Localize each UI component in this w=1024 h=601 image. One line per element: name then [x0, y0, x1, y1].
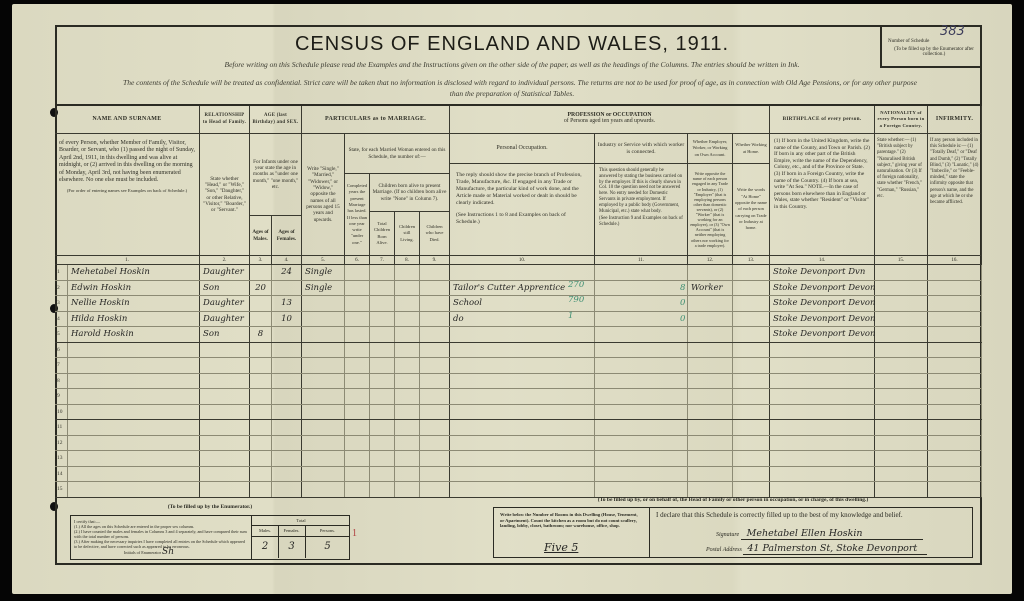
empty-cell	[420, 451, 450, 466]
rooms-value: Five 5	[544, 541, 578, 554]
empty-cell	[875, 374, 928, 389]
header-age-body: For Infants under one year state the age…	[250, 134, 302, 216]
signature-label: Signature	[716, 532, 739, 538]
relationship-cell: Son	[200, 281, 250, 296]
occupation-cell	[450, 451, 595, 466]
header-nationality: NATIONALITY of every Person born in a Fo…	[875, 106, 928, 134]
industry-cell	[595, 312, 688, 327]
empty-cell	[345, 296, 370, 311]
empty-cell	[420, 265, 450, 280]
table-row: 13	[55, 451, 982, 467]
col-num-4: 4.	[272, 256, 302, 265]
relationship-cell	[200, 389, 250, 404]
empty-cell	[875, 265, 928, 280]
empty-cell	[928, 451, 982, 466]
empty-cell	[875, 405, 928, 420]
age-female-cell	[272, 374, 302, 389]
birthplace-cell: Stoke Devonport Devon	[770, 281, 875, 296]
empty-cell	[370, 436, 395, 451]
empty-cell	[875, 281, 928, 296]
occupation-cell	[450, 327, 595, 342]
empty-cell	[345, 343, 370, 358]
table-row: 14	[55, 467, 982, 483]
age-female-cell	[272, 420, 302, 435]
empty-cell	[928, 358, 982, 373]
empty-cell	[928, 420, 982, 435]
birthplace-cell	[770, 374, 875, 389]
header-industry-body: This question should generally be answer…	[595, 164, 688, 256]
empty-cell	[928, 467, 982, 482]
name-cell	[68, 436, 200, 451]
occupation-code: 270	[565, 278, 593, 293]
empty-cell	[875, 312, 928, 327]
table-row: 4Hilda HoskinDaughter10doStoke Devonport…	[55, 312, 982, 328]
employment-cell	[688, 312, 733, 327]
age-male-cell	[250, 467, 272, 482]
occupation-cell	[450, 374, 595, 389]
employment-cell	[688, 467, 733, 482]
empty-cell	[370, 374, 395, 389]
empty-cell	[875, 296, 928, 311]
name-instructions: of every Person, whether Member of Famil…	[59, 140, 195, 184]
persons-total: 5	[305, 536, 350, 558]
table-row: 15	[55, 482, 982, 498]
col-num-2: 2.	[200, 256, 250, 265]
marital-status-cell	[302, 327, 345, 342]
age-male-cell	[250, 420, 272, 435]
empty-cell	[345, 358, 370, 373]
employment-cell	[688, 374, 733, 389]
employment-cell	[688, 405, 733, 420]
employment-cell	[688, 389, 733, 404]
age-male-cell: 20	[250, 281, 272, 296]
name-cell: Hilda Hoskin	[68, 312, 200, 327]
empty-cell	[420, 482, 450, 497]
empty-cell	[370, 482, 395, 497]
rooms-instruction: Write below the Number of Rooms in this …	[494, 508, 649, 533]
empty-cell	[345, 374, 370, 389]
empty-cell	[345, 420, 370, 435]
header-age: AGE (last Birthday) and SEX.	[250, 106, 302, 134]
employment-cell	[688, 420, 733, 435]
empty-cell	[733, 327, 770, 342]
col-num-9: 9.	[420, 256, 450, 265]
col-num-3: 3.	[250, 256, 272, 265]
relationship-cell	[200, 374, 250, 389]
header-marriage: PARTICULARS as to MARRIAGE.	[302, 106, 450, 134]
relationship-cell	[200, 482, 250, 497]
marital-status-cell	[302, 389, 345, 404]
empty-cell	[928, 405, 982, 420]
empty-cell	[928, 343, 982, 358]
schedule-number-label: Number of Schedule	[888, 39, 929, 44]
occupation-cell	[450, 482, 595, 497]
cert-2: (2.) I have counted the males and female…	[74, 529, 249, 539]
name-cell: Mehetabel Hoskin	[68, 265, 200, 280]
birthplace-cell: Stoke Devonport Dvn	[770, 265, 875, 280]
empty-cell	[875, 420, 928, 435]
relationship-cell: Daughter	[200, 296, 250, 311]
relationship-cell: Daughter	[200, 265, 250, 280]
row-number: 9	[55, 389, 68, 404]
header-age-females: Ages of Females.	[272, 216, 302, 256]
table-row: 9	[55, 389, 982, 405]
col-num-8: 8.	[395, 256, 420, 265]
age-female-cell: 13	[272, 296, 302, 311]
empty-cell	[928, 436, 982, 451]
empty-cell	[875, 327, 928, 342]
occupation-cell	[450, 467, 595, 482]
table-row: 6	[55, 343, 982, 359]
industry-note: (See Instruction 9 and Examples on back …	[599, 216, 683, 228]
confidential-line-2: than the preparation of Statistical Tabl…	[0, 89, 1024, 98]
empty-cell	[420, 296, 450, 311]
table-row: 5Harold HoskinSon8Stoke Devonport Devon	[55, 327, 982, 343]
instruction-line: Before writing on this Schedule please r…	[0, 60, 1024, 69]
occupation-cell	[450, 420, 595, 435]
birthplace-cell	[770, 405, 875, 420]
marital-status-cell	[302, 436, 345, 451]
birthplace-cell: Stoke Devonport Devon	[770, 327, 875, 342]
header-name: NAME AND SURNAME	[55, 106, 200, 134]
empty-cell	[733, 482, 770, 497]
header-marriage-state: State, for each Married Woman entered on…	[345, 134, 450, 174]
relationship-cell	[200, 420, 250, 435]
birthplace-cell	[770, 343, 875, 358]
occupation-cell	[450, 343, 595, 358]
empty-cell	[345, 405, 370, 420]
age-female-cell: 10	[272, 312, 302, 327]
age-female-cell	[272, 343, 302, 358]
row-number: 5	[55, 327, 68, 342]
col-num-11: 11.	[595, 256, 688, 265]
employment-cell	[688, 343, 733, 358]
empty-cell	[420, 374, 450, 389]
householder-box: Write below the Number of Rooms in this …	[493, 507, 973, 558]
empty-cell	[420, 358, 450, 373]
empty-cell	[733, 420, 770, 435]
schedule-number-value: 383	[940, 24, 965, 39]
empty-cell	[420, 436, 450, 451]
age-female-cell	[272, 482, 302, 497]
age-male-cell	[250, 389, 272, 404]
employment-cell	[688, 358, 733, 373]
empty-cell	[345, 389, 370, 404]
marital-status-cell	[302, 312, 345, 327]
females-total: 3	[278, 536, 306, 558]
empty-cell	[345, 327, 370, 342]
empty-cell	[875, 467, 928, 482]
empty-cell	[345, 312, 370, 327]
totals-table: Total Males. Females. Persons. 2 3 5	[251, 516, 350, 559]
age-female-cell	[272, 281, 302, 296]
empty-cell	[733, 296, 770, 311]
marital-status-cell	[302, 296, 345, 311]
employment-cell	[688, 451, 733, 466]
header-birthplace-body: (1) If born in the United Kingdom, write…	[770, 134, 875, 256]
empty-cell	[420, 420, 450, 435]
empty-cell	[420, 389, 450, 404]
industry-cell	[595, 405, 688, 420]
empty-cell	[345, 436, 370, 451]
empty-cell	[420, 405, 450, 420]
empty-cell	[420, 281, 450, 296]
empty-cell	[370, 265, 395, 280]
header-children-living: Children still Living.	[395, 212, 420, 256]
industry-cell	[595, 265, 688, 280]
name-cell: Harold Hoskin	[68, 327, 200, 342]
signature-value: Mehetabel Ellen Hoskin	[741, 528, 923, 540]
empty-cell	[370, 358, 395, 373]
name-cell	[68, 467, 200, 482]
header-name-body: of every Person, whether Member of Famil…	[55, 134, 200, 256]
empty-cell	[370, 343, 395, 358]
empty-cell	[395, 467, 420, 482]
name-cell	[68, 420, 200, 435]
table-row: 7	[55, 358, 982, 374]
empty-cell	[733, 451, 770, 466]
marital-status-cell	[302, 467, 345, 482]
empty-cell	[875, 358, 928, 373]
row-number: 10	[55, 405, 68, 420]
empty-cell	[733, 467, 770, 482]
employment-cell	[688, 265, 733, 280]
empty-cell	[370, 405, 395, 420]
industry-cell	[595, 281, 688, 296]
header-relationship: RELATIONSHIP to Head of Family.	[200, 106, 250, 134]
empty-cell	[733, 281, 770, 296]
age-male-cell: 8	[250, 327, 272, 342]
marital-status-cell	[302, 451, 345, 466]
age-female-cell	[272, 467, 302, 482]
relationship-cell	[200, 358, 250, 373]
occupation-cell	[450, 358, 595, 373]
header-marriage-completed: Completed years the present Marriage has…	[345, 174, 370, 256]
header-relationship-body: State whether "Head," or "Wife," "Son," …	[200, 134, 250, 256]
document-title: CENSUS OF ENGLAND AND WALES, 1911.	[0, 33, 1024, 56]
initials-value: Sh	[162, 547, 174, 557]
empty-cell	[395, 265, 420, 280]
age-male-cell	[250, 405, 272, 420]
row-number: 11	[55, 420, 68, 435]
empty-cell	[875, 436, 928, 451]
empty-cell	[395, 436, 420, 451]
birthplace-cell	[770, 389, 875, 404]
name-cell: Nellie Hoskin	[68, 296, 200, 311]
birthplace-cell	[770, 451, 875, 466]
rooms-box: Write below the Number of Rooms in this …	[494, 508, 650, 557]
empty-cell	[395, 327, 420, 342]
header-marriage-children: Children born alive to present Marriage.…	[370, 174, 450, 212]
col-num-7: 7.	[370, 256, 395, 265]
table-row: 3Nellie HoskinDaughter13SchoolStoke Devo…	[55, 296, 982, 312]
header-children-died: Children who have Died.	[420, 212, 450, 256]
age-female-cell	[272, 327, 302, 342]
name-cell	[68, 374, 200, 389]
col-num-16: 16.	[928, 256, 982, 265]
empty-cell	[928, 265, 982, 280]
col-num-6: 6.	[345, 256, 370, 265]
birthplace-cell	[770, 358, 875, 373]
marital-status-cell	[302, 420, 345, 435]
personal-occupation-note: (See Instructions 1 to 8 and Examples on…	[456, 212, 588, 226]
occupation-code: 790	[565, 293, 593, 308]
age-female-cell	[272, 451, 302, 466]
empty-cell	[928, 312, 982, 327]
col-num-1: 1.	[55, 256, 200, 265]
industry-cell	[595, 389, 688, 404]
occupation-cell	[450, 436, 595, 451]
industry-cell	[595, 374, 688, 389]
age-female-cell	[272, 358, 302, 373]
industry-cell	[595, 358, 688, 373]
empty-cell	[928, 296, 982, 311]
empty-cell	[875, 482, 928, 497]
age-male-cell	[250, 482, 272, 497]
birthplace-cell	[770, 436, 875, 451]
header-personal-occupation: Personal Occupation.	[450, 134, 595, 164]
table-row: 10	[55, 405, 982, 421]
empty-cell	[875, 389, 928, 404]
empty-cell	[928, 374, 982, 389]
empty-cell	[733, 389, 770, 404]
empty-cell	[395, 296, 420, 311]
marital-status-cell	[302, 405, 345, 420]
age-male-cell	[250, 436, 272, 451]
header-occupation: PROFESSION or OCCUPATION of Persons aged…	[450, 106, 770, 134]
row-number: 8	[55, 374, 68, 389]
name-cell	[68, 358, 200, 373]
industry-cell	[595, 420, 688, 435]
empty-cell	[370, 312, 395, 327]
occupation-cell	[450, 405, 595, 420]
col-num-15: 15.	[875, 256, 928, 265]
relationship-cell	[200, 405, 250, 420]
empty-cell	[395, 343, 420, 358]
employment-cell	[688, 436, 733, 451]
row-number: 13	[55, 451, 68, 466]
address-line: Postal Address 41 Palmerston St, Stoke D…	[706, 543, 927, 554]
empty-cell	[733, 358, 770, 373]
empty-cell	[928, 482, 982, 497]
employment-cell	[688, 482, 733, 497]
age-female-cell: 24	[272, 265, 302, 280]
age-male-cell	[250, 265, 272, 280]
males-total: 2	[252, 536, 279, 558]
header-age-males: Ages of Males.	[250, 216, 272, 256]
employment-cell: Worker	[688, 281, 733, 296]
schedule-number-note: (To be filled up by the Enumerator after…	[888, 47, 980, 57]
empty-cell	[370, 451, 395, 466]
marital-status-cell: Single	[302, 265, 345, 280]
empty-cell	[395, 281, 420, 296]
birthplace-cell	[770, 420, 875, 435]
table-row: 1Mehetabel HoskinDaughter24SingleStoke D…	[55, 265, 982, 281]
age-male-cell	[250, 312, 272, 327]
address-label: Postal Address	[706, 547, 742, 553]
marital-status-cell	[302, 482, 345, 497]
empty-cell	[733, 405, 770, 420]
empty-cell	[370, 467, 395, 482]
age-male-cell	[250, 374, 272, 389]
col-num-10: 10.	[450, 256, 595, 265]
empty-cell	[395, 405, 420, 420]
table-row: 11	[55, 420, 982, 436]
empty-cell	[370, 420, 395, 435]
header-occupation-subtitle: of Persons aged ten years and upwards.	[452, 118, 767, 124]
empty-cell	[370, 296, 395, 311]
row-number: 4	[55, 312, 68, 327]
name-cell	[68, 389, 200, 404]
birthplace-cell: Stoke Devonport Devon	[770, 312, 875, 327]
enumerator-caption: (To be filled up by the Enumerator.)	[70, 504, 350, 510]
row-number: 14	[55, 467, 68, 482]
empty-cell	[395, 312, 420, 327]
name-note: (For order of entering names see Example…	[59, 187, 195, 194]
age-male-cell	[250, 296, 272, 311]
empty-cell	[370, 327, 395, 342]
empty-cell	[733, 343, 770, 358]
table-row: 2Edwin HoskinSon20SingleTailor's Cutter …	[55, 281, 982, 297]
empty-cell	[395, 389, 420, 404]
address-value: 41 Palmerston St, Stoke Devonport	[743, 543, 927, 555]
header-personal-body: The reply should show the precise branch…	[450, 164, 595, 256]
empty-cell	[395, 482, 420, 497]
empty-cell	[733, 265, 770, 280]
personal-occupation-instructions: The reply should show the precise branch…	[456, 172, 588, 207]
enumerator-certificate: I certify that:— (1.) All the ages on th…	[74, 519, 249, 555]
col-num-5: 5.	[302, 256, 345, 265]
table-row: 12	[55, 436, 982, 452]
col-num-12: 12.	[688, 256, 733, 265]
empty-cell	[928, 389, 982, 404]
age-female-cell	[272, 405, 302, 420]
col-num-14: 14.	[770, 256, 875, 265]
header-infirmity-body: If any person included in this Schedule …	[928, 134, 982, 256]
marital-status-cell	[302, 358, 345, 373]
marital-status-cell	[302, 374, 345, 389]
row-number: 2	[55, 281, 68, 296]
occupation-code: 1	[565, 309, 593, 324]
industry-cell	[595, 482, 688, 497]
header-birthplace: BIRTHPLACE of every person.	[770, 106, 875, 134]
employment-code: 0	[677, 312, 689, 327]
empty-cell	[733, 374, 770, 389]
relationship-cell: Son	[200, 327, 250, 342]
header-marital-write: Write "Single," "Married," "Widower," or…	[302, 134, 345, 256]
col-num-13: 13.	[733, 256, 770, 265]
empty-cell	[345, 467, 370, 482]
empty-cell	[345, 265, 370, 280]
enumerator-box: I certify that:— (1.) All the ages on th…	[70, 515, 350, 560]
empty-cell	[395, 374, 420, 389]
age-male-cell	[250, 451, 272, 466]
initials-label: Initials of Enumerator	[124, 550, 161, 555]
relationship-cell	[200, 451, 250, 466]
signature-line: Signature Mehetabel Ellen Hoskin	[716, 528, 923, 539]
empty-cell	[370, 281, 395, 296]
relationship-cell: Daughter	[200, 312, 250, 327]
marital-status-cell: Single	[302, 281, 345, 296]
empty-cell	[733, 436, 770, 451]
empty-cell	[420, 312, 450, 327]
industry-instructions: This question should generally be answer…	[599, 168, 683, 214]
occupation-cell	[450, 389, 595, 404]
empty-cell	[395, 420, 420, 435]
empty-cell	[420, 343, 450, 358]
age-female-cell	[272, 436, 302, 451]
name-cell	[68, 451, 200, 466]
